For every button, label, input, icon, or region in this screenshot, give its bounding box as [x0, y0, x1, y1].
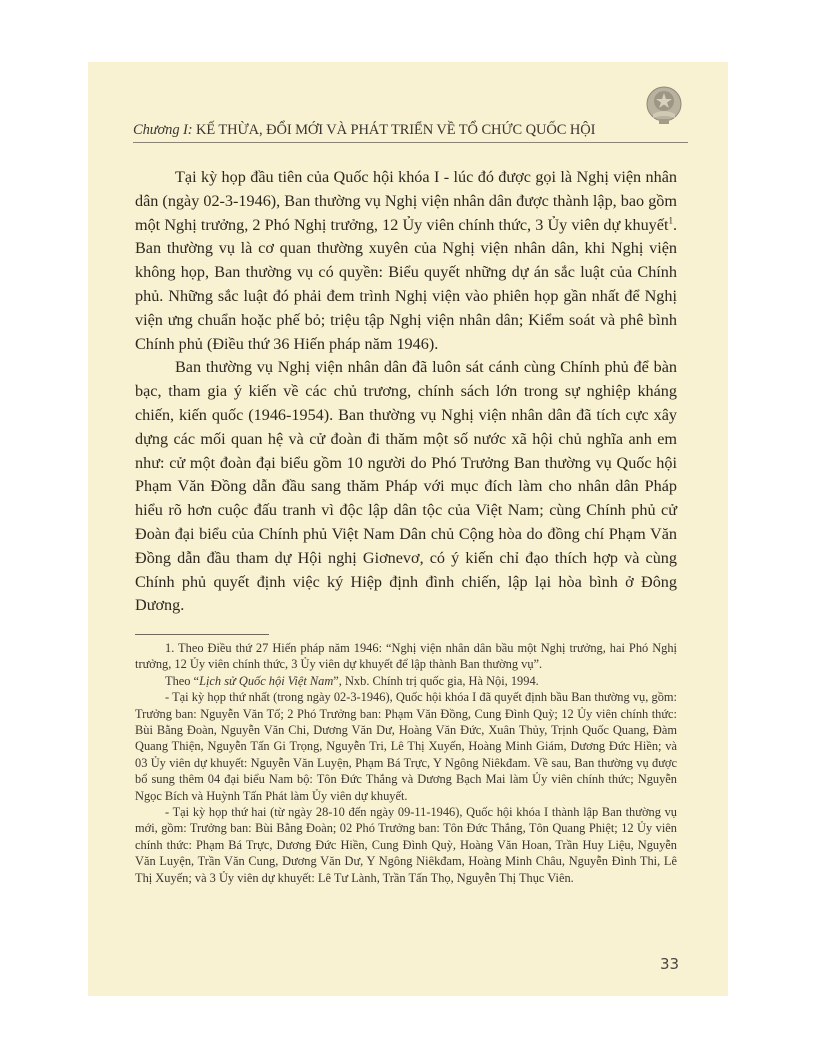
main-text: Tại kỳ họp đầu tiên của Quốc hội khóa I …	[135, 166, 677, 618]
footnote-item: Theo “Lịch sử Quốc hội Việt Nam”, Nxb. C…	[135, 673, 677, 689]
footnote-item: - Tại kỳ họp thứ hai (từ ngày 28-10 đến …	[135, 804, 677, 886]
footnote-text: ”, Nxb. Chính trị quốc gia, Hà Nội, 1994…	[333, 674, 538, 688]
book-page: Chương I: KẾ THỪA, ĐỔI MỚI VÀ PHÁT TRIỂN…	[88, 62, 728, 996]
chapter-label: Chương I:	[133, 122, 192, 138]
page-number: 33	[660, 955, 679, 973]
footnote-item: - Tại kỳ họp thứ nhất (trong ngày 02-3-1…	[135, 689, 677, 804]
paragraph-text: Tại kỳ họp đầu tiên của Quốc hội khóa I …	[135, 168, 677, 234]
footnote-item: 1. Theo Điều thứ 27 Hiến pháp năm 1946: …	[135, 640, 677, 673]
running-header: Chương I: KẾ THỪA, ĐỔI MỚI VÀ PHÁT TRIỂN…	[133, 122, 678, 139]
national-emblem-icon	[644, 84, 684, 128]
paragraph: Ban thường vụ Nghị viện nhân dân đã luôn…	[135, 356, 677, 618]
paragraph-text: . Ban thường vụ là cơ quan thường xuyên …	[135, 216, 677, 353]
chapter-title: KẾ THỪA, ĐỔI MỚI VÀ PHÁT TRIỂN VỀ TỔ CHỨ…	[196, 122, 595, 138]
footnote-text: Theo “	[165, 674, 199, 688]
header-divider	[133, 142, 688, 143]
book-title: Lịch sử Quốc hội Việt Nam	[199, 674, 333, 688]
paragraph: Tại kỳ họp đầu tiên của Quốc hội khóa I …	[135, 166, 677, 356]
footnote-divider	[135, 634, 269, 635]
footnotes: 1. Theo Điều thứ 27 Hiến pháp năm 1946: …	[135, 640, 677, 886]
